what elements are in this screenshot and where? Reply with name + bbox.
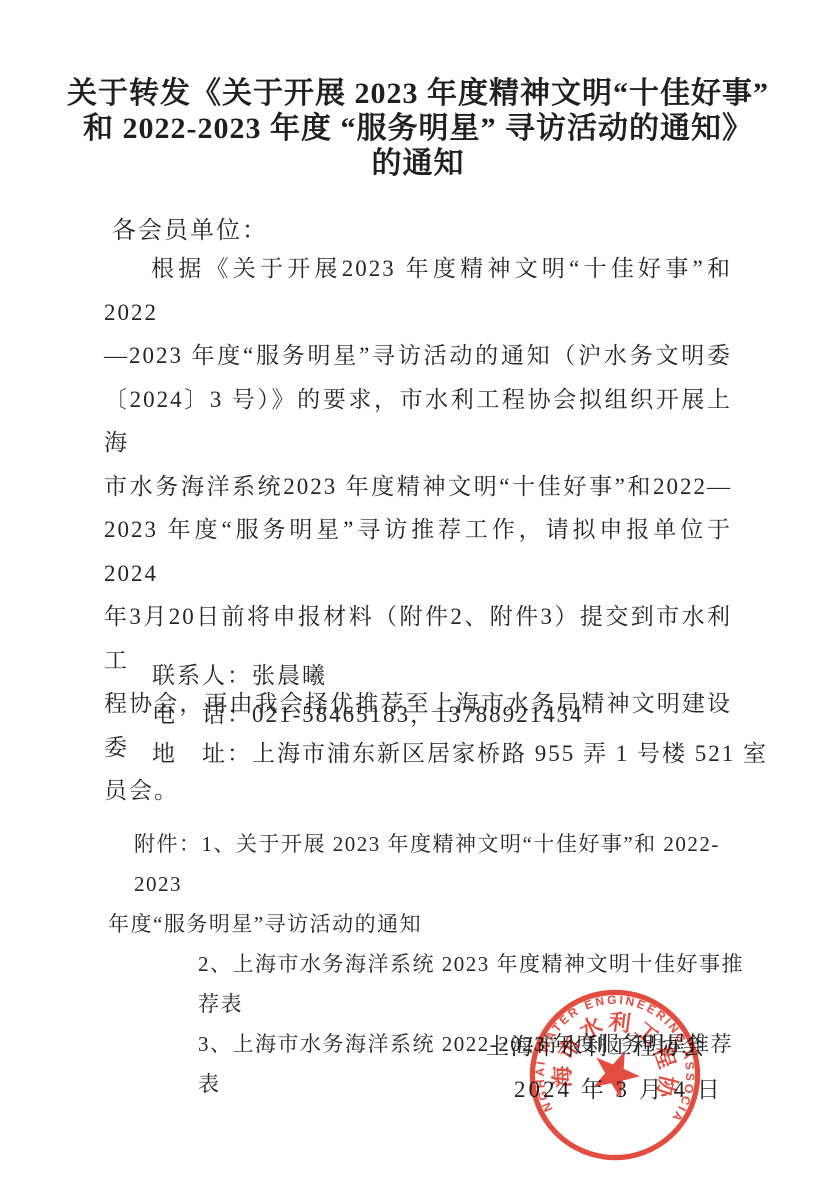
contact-phone-value: 021-58465183，13788921434 — [252, 702, 584, 727]
attachment-item-1-line-1: 附件：1、关于开展 2023 年度精神文明“十佳好事”和 2022-2023 — [104, 824, 744, 904]
salutation: 各会员单位： — [112, 210, 268, 245]
contact-address-row: 地 址：上海市浦东新区居家桥路 955 弄 1 号楼 521 室 — [152, 734, 768, 773]
contact-phone-row: 电 话：021-58465183，13788921434 — [152, 695, 768, 734]
seal-english-text: SHANGHAI WATER ENGINEERING ASSOCIATION — [519, 979, 710, 1132]
attachment-1-text: 1、关于开展 2023 年度精神文明“十佳好事”和 2022-2023 — [134, 832, 720, 896]
contact-person-label: 联系人： — [152, 663, 252, 688]
title-line-3: 的通知 — [0, 146, 836, 181]
contact-phone-label: 电 话： — [152, 702, 252, 727]
contact-address-label: 地 址： — [152, 741, 252, 766]
body-line: 市水务海洋系统2023 年度精神文明“十佳好事”和2022— — [104, 465, 732, 509]
seal-star-icon — [585, 1042, 646, 1102]
body-line: 〔2024〕3 号）》的要求，市水利工程协会拟组织开展上海 — [104, 378, 732, 465]
official-red-seal: SHANGHAI WATER ENGINEERING ASSOCIATION 上… — [519, 979, 711, 1171]
title-line-2: 和 2022-2023 年度 “服务明星” 寻访活动的通知》 — [0, 111, 836, 146]
attachment-item-1-line-2: 年度“服务明星”寻访活动的通知 — [104, 904, 744, 944]
attachments-label: 附件： — [134, 832, 202, 856]
document-title: 关于转发《关于开展 2023 年度精神文明“十佳好事” 和 2022-2023 … — [0, 76, 836, 181]
title-line-1: 关于转发《关于开展 2023 年度精神文明“十佳好事” — [0, 76, 836, 111]
notice-document-page: 关于转发《关于开展 2023 年度精神文明“十佳好事” 和 2022-2023 … — [0, 0, 836, 1183]
body-line: 根据《关于开展2023 年度精神文明“十佳好事”和2022 — [104, 247, 732, 334]
body-line: 员会。 — [104, 769, 732, 813]
contact-person-row: 联系人：张晨曦 — [152, 656, 768, 695]
body-line: —2023 年度“服务明星”寻访活动的通知（沪水务文明委 — [104, 334, 732, 378]
body-line: 2023 年度“服务明星”寻访推荐工作，请拟申报单位于2024 — [104, 508, 732, 595]
contact-info: 联系人：张晨曦 电 话：021-58465183，13788921434 地 址… — [152, 656, 768, 773]
contact-person-value: 张晨曦 — [252, 663, 327, 688]
contact-address-value: 上海市浦东新区居家桥路 955 弄 1 号楼 521 室 — [252, 741, 768, 766]
